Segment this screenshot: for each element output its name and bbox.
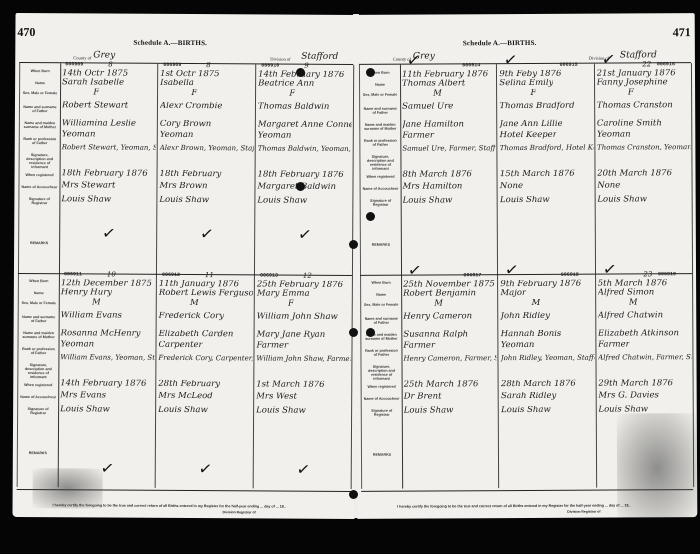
field-name: Mary Emma bbox=[257, 289, 310, 298]
register-entry: 0069111012th December 1875Henry HuryMWil… bbox=[57, 273, 156, 484]
schedule-title: Schedule A.—BIRTHS. bbox=[463, 39, 537, 47]
field-name: Beatrice Ann bbox=[258, 79, 314, 88]
entry-number: 22 bbox=[642, 60, 651, 68]
field-informant: Thomas Baldwin, Yeoman, Stafford bbox=[258, 144, 352, 154]
field-name: Isabella bbox=[160, 79, 194, 88]
registrar-signature-line: Division Registrar of bbox=[567, 510, 600, 514]
field-registrar: Louis Shaw bbox=[257, 196, 307, 205]
field-father-rank: Farmer bbox=[256, 341, 288, 350]
entry-number: 8 bbox=[108, 61, 113, 69]
field-name: Selina Emily bbox=[499, 79, 553, 88]
field-name: Robert Benjamin bbox=[403, 289, 476, 298]
row-label: REMARKS bbox=[21, 241, 57, 245]
row-label: Name and surname of Father bbox=[362, 107, 398, 115]
field-sex: M bbox=[92, 298, 101, 307]
binding-hole bbox=[349, 490, 358, 499]
page-number: 471 bbox=[673, 25, 691, 40]
field-registrar: Louis Shaw bbox=[159, 196, 209, 205]
field-accoucheur: Mrs G. Davies bbox=[598, 391, 659, 400]
register-entry: 00691411th February 1876Thomas AlbertMSa… bbox=[399, 64, 497, 275]
register-entry: 0069159th Feby 1876Selina EmilyFThomas B… bbox=[496, 64, 594, 275]
field-accoucheur: Mrs Stewart bbox=[61, 181, 115, 190]
field-registered: 18th February 1876 bbox=[258, 170, 344, 180]
row-label: When Born bbox=[21, 279, 57, 283]
checkmark-icon: ✓ bbox=[601, 259, 617, 280]
field-sex: M bbox=[433, 89, 442, 98]
field-mother: Hannah Bonis bbox=[501, 330, 562, 339]
row-label: REMARKS bbox=[363, 243, 399, 247]
county-label: County of bbox=[73, 55, 91, 60]
field-when-born: 25th November 1875 bbox=[403, 280, 495, 289]
row-label: Sex, Male or Female bbox=[363, 303, 399, 307]
row-label: Name and surname of Father bbox=[22, 105, 58, 113]
entry-serial-number: 006911 bbox=[64, 271, 82, 277]
register-entry: 0069121111th January 1876Robert Lewis Fe… bbox=[155, 274, 254, 485]
field-father: Frederick Cory bbox=[159, 312, 224, 321]
field-registered: 28th February bbox=[158, 380, 220, 389]
field-sex: F bbox=[93, 88, 99, 97]
field-registered: 18th February bbox=[160, 170, 222, 179]
register-entry: 00690981st Octr 1875IsabellaFAlexr Cromb… bbox=[156, 64, 255, 275]
binding-hole bbox=[349, 328, 358, 337]
row-label: REMARKS bbox=[364, 453, 400, 457]
field-mother: Williamina Leslie bbox=[62, 119, 136, 128]
row-label: Name of Accoucheur bbox=[364, 397, 400, 401]
field-when-born: 5th March 1876 bbox=[598, 279, 667, 288]
entry-number: 12 bbox=[303, 272, 312, 280]
field-father-rank: Hotel Keeper bbox=[500, 131, 557, 140]
field-father: Thomas Cranston bbox=[597, 101, 673, 110]
entry-serial-number: 006917 bbox=[463, 272, 481, 278]
row-label: REMARKS bbox=[20, 451, 56, 455]
field-father: Samuel Ure bbox=[402, 102, 453, 111]
field-registrar: Louis Shaw bbox=[598, 405, 648, 414]
row-label: Name and surname of Father bbox=[363, 317, 399, 325]
field-accoucheur: Mrs Evans bbox=[60, 391, 106, 400]
binding-hole bbox=[296, 68, 305, 77]
row-label: Name and maiden surname of Mother bbox=[362, 123, 398, 131]
field-registered: 18th February 1876 bbox=[62, 169, 148, 179]
field-informant: Thomas Cranston, Yeoman, Stafford bbox=[597, 143, 690, 152]
field-father: Thomas Bradford bbox=[499, 102, 574, 111]
field-when-born: 9th February 1876 bbox=[500, 280, 581, 289]
row-label: Name of Accoucheur bbox=[21, 185, 57, 189]
field-father: Alexr Crombie bbox=[160, 102, 222, 111]
field-registrar: Louis Shaw bbox=[500, 196, 550, 205]
checkmark-icon: ✓ bbox=[406, 50, 422, 71]
field-sex: M bbox=[190, 299, 199, 308]
field-accoucheur: Mrs Hamilton bbox=[403, 182, 463, 191]
field-when-born: 21st January 1876 bbox=[597, 69, 676, 78]
registrar-signature-line: Division Registrar of bbox=[222, 510, 255, 514]
row-label: Signature, description and residence of … bbox=[22, 153, 58, 169]
field-informant: John Ridley, Yeoman, Stafford bbox=[501, 354, 594, 363]
certification-text: I hereby certify the foregoing to be the… bbox=[397, 503, 687, 509]
field-sex: F bbox=[530, 89, 536, 98]
field-name: Robert Lewis Ferguson bbox=[159, 289, 253, 299]
field-registrar: Louis Shaw bbox=[404, 406, 454, 415]
checkmark-icon: ✓ bbox=[407, 260, 423, 281]
field-father: Thomas Baldwin bbox=[258, 102, 329, 111]
field-informant: Robert Stewart, Yeoman, Stafford bbox=[62, 143, 156, 153]
entry-number: 23 bbox=[643, 270, 652, 278]
row-label: Signature, description and residence of … bbox=[362, 155, 398, 171]
division-label: Division of bbox=[270, 57, 290, 62]
field-when-born: 14th Octr 1875 bbox=[62, 69, 128, 78]
field-registered: 14th February 1876 bbox=[60, 379, 146, 389]
field-mother: Mary Jane Ryan bbox=[257, 330, 326, 339]
entry-number: 10 bbox=[107, 271, 116, 279]
row-label: When registered bbox=[364, 385, 400, 389]
binding-hole bbox=[366, 212, 375, 221]
entry-number: 8 bbox=[206, 61, 211, 69]
row-label: Name bbox=[22, 81, 58, 85]
field-accoucheur: Mrs McLeod bbox=[158, 392, 213, 401]
row-label: Rank or profession of Father bbox=[362, 139, 398, 147]
row-label: Rank or profession of Father bbox=[20, 347, 56, 355]
register-entry: 00691725th November 1875Robert BenjaminM… bbox=[400, 274, 498, 485]
row-label: When registered bbox=[22, 173, 58, 177]
row-label: Name bbox=[362, 83, 398, 87]
entry-serial-number: 006909 bbox=[163, 62, 181, 68]
field-mother: Margaret Anne Connell bbox=[258, 120, 352, 130]
certification-text: I hereby certify the foregoing to be the… bbox=[53, 503, 345, 509]
register-entry: 0069189th February 1876MajorMJohn Ridley… bbox=[497, 274, 595, 485]
field-registrar: Louis Shaw bbox=[60, 405, 110, 414]
entry-serial-number: 006919 bbox=[658, 271, 676, 277]
binding-hole bbox=[349, 240, 358, 249]
row-label: When Born bbox=[22, 69, 58, 73]
right-page: 471 Schedule A.—BIRTHS. County of Grey D… bbox=[355, 13, 698, 519]
field-informant: Alexr Brown, Yeoman, Stafford bbox=[160, 144, 254, 154]
field-name: Sarah Isabelle bbox=[62, 78, 124, 87]
left-page: 470 Schedule A.—BIRTHS. County of Grey D… bbox=[12, 13, 357, 519]
entry-serial-number: 006915 bbox=[560, 62, 578, 68]
field-informant: Alfred Chatwin, Farmer, Stafford bbox=[598, 353, 691, 362]
row-label: Name bbox=[21, 291, 57, 295]
field-father-rank: Yeoman bbox=[160, 131, 194, 140]
field-registrar: Louis Shaw bbox=[597, 195, 647, 204]
schedule-title: Schedule A.—BIRTHS. bbox=[133, 39, 207, 47]
field-father: William John Shaw bbox=[257, 312, 338, 321]
field-when-born: 1st Octr 1875 bbox=[160, 70, 219, 79]
entry-serial-number: 006918 bbox=[561, 272, 579, 278]
row-label: Name of Accoucheur bbox=[363, 187, 399, 191]
field-informant: Thomas Bradford, Hotel Keeper, Stafford bbox=[500, 144, 593, 153]
checkmark-icon: ✓ bbox=[198, 458, 214, 479]
field-registrar: Louis Shaw bbox=[403, 196, 453, 205]
register-grid: When BornNameSex, Male or FemaleName and… bbox=[17, 63, 354, 489]
field-name: Thomas Albert bbox=[402, 79, 465, 88]
field-name: Alfred Simon bbox=[598, 288, 654, 297]
field-informant: Frederick Cory, Carpenter, Stafford bbox=[158, 354, 252, 364]
field-registered: 15th March 1876 bbox=[500, 170, 575, 179]
field-sex: M bbox=[532, 299, 541, 308]
field-sex: F bbox=[289, 90, 295, 99]
register-entry: 006910914th February 1876Beatrice AnnFTh… bbox=[254, 64, 353, 275]
checkmark-icon: ✓ bbox=[297, 224, 313, 245]
field-registered: 8th March 1876 bbox=[402, 170, 471, 179]
field-accoucheur: Mrs Brown bbox=[159, 182, 207, 191]
field-accoucheur: None bbox=[597, 182, 620, 191]
county-value: Grey bbox=[93, 50, 115, 60]
checkmark-icon: ✓ bbox=[600, 49, 616, 70]
row-label: Sex, Male or Female bbox=[362, 93, 398, 97]
register-entry: 0069131225th February 1876Mary EmmaFWill… bbox=[253, 274, 352, 485]
field-accoucheur: Dr Brent bbox=[404, 392, 442, 401]
field-mother: Caroline Smith bbox=[597, 119, 662, 128]
entry-serial-number: 006909 bbox=[65, 61, 83, 67]
row-label: Signature of Registrar bbox=[363, 199, 399, 207]
row-label: Rank or profession of Father bbox=[22, 137, 58, 145]
row-label: When registered bbox=[363, 175, 399, 179]
field-father-rank: Carpenter bbox=[158, 341, 202, 350]
field-registrar: Louis Shaw bbox=[158, 406, 208, 415]
row-label: Rank or profession of Father bbox=[363, 349, 399, 357]
field-when-born: 9th Feby 1876 bbox=[499, 70, 561, 79]
row-label: Signature of Registrar bbox=[20, 407, 56, 415]
row-label: Signature, description and residence of … bbox=[364, 365, 400, 381]
division-value: Stafford bbox=[620, 50, 657, 60]
entry-serial-number: 006912 bbox=[162, 272, 180, 278]
page-number: 470 bbox=[17, 25, 35, 40]
entry-serial-number: 006916 bbox=[657, 61, 675, 67]
entry-serial-number: 006910 bbox=[261, 62, 279, 68]
field-mother: Jane Hamilton bbox=[402, 120, 464, 129]
entry-serial-number: 006914 bbox=[462, 62, 480, 68]
row-label: Name of Accoucheur bbox=[20, 395, 56, 399]
division-value: Stafford bbox=[301, 52, 338, 62]
row-label: When registered bbox=[20, 383, 56, 387]
field-father: William Evans bbox=[61, 311, 122, 320]
field-mother: Elizabeth Atkinson bbox=[598, 329, 679, 338]
row-labels-column: When BornNameSex, Male or FemaleName and… bbox=[17, 63, 62, 487]
row-label: Name and surname of Father bbox=[21, 315, 57, 323]
field-father: John Ridley bbox=[501, 312, 550, 321]
entry-serial-number: 006913 bbox=[260, 272, 278, 278]
row-label: Signature of Registrar bbox=[364, 409, 400, 417]
field-sex: F bbox=[191, 89, 197, 98]
field-accoucheur: Mrs West bbox=[256, 392, 297, 401]
field-mother: Elizabeth Carden bbox=[159, 330, 234, 339]
field-father-rank: Yeoman bbox=[597, 130, 631, 139]
field-when-born: 11th January 1876 bbox=[159, 280, 239, 289]
field-father: Alfred Chatwin bbox=[598, 311, 663, 320]
field-registered: 1st March 1876 bbox=[256, 380, 324, 389]
checkmark-icon: ✓ bbox=[199, 223, 215, 244]
entry-number: 9 bbox=[304, 62, 309, 70]
field-accoucheur: None bbox=[500, 182, 523, 191]
field-sex: M bbox=[629, 298, 638, 307]
field-father: Henry Cameron bbox=[403, 312, 472, 321]
field-father-rank: Farmer bbox=[403, 341, 435, 350]
entry-number: 11 bbox=[205, 271, 214, 279]
row-label: Name bbox=[363, 293, 399, 297]
field-father: Robert Stewart bbox=[62, 101, 128, 110]
row-label: Name and maiden surname of Mother bbox=[22, 121, 58, 129]
field-father-rank: Farmer bbox=[598, 340, 630, 349]
row-label: Sex, Male or Female bbox=[21, 301, 57, 305]
field-father-rank: Yeoman bbox=[62, 130, 96, 139]
block-divider bbox=[17, 489, 351, 492]
field-father-rank: Yeoman bbox=[501, 341, 535, 350]
field-name: Henry Hury bbox=[61, 288, 112, 297]
register-entry: 006919235th March 1876Alfred SimonMAlfre… bbox=[595, 273, 693, 484]
register-grid: When BornNameSex, Male or FemaleName and… bbox=[359, 63, 693, 489]
field-father-rank: Farmer bbox=[402, 131, 434, 140]
field-sex: F bbox=[628, 88, 634, 97]
row-label: Signature, description and residence of … bbox=[20, 363, 56, 379]
register-entry: 006909814th Octr 1875Sarah IsabelleFRobe… bbox=[58, 63, 157, 274]
field-informant: Samuel Ure, Farmer, Stafford bbox=[402, 144, 495, 153]
checkmark-icon: ✓ bbox=[100, 458, 116, 479]
register-entry: 0069162221st January 1876Fanny Josephine… bbox=[594, 63, 692, 274]
field-father-rank: Yeoman bbox=[60, 340, 94, 349]
field-informant: Henry Cameron, Farmer, Stafford bbox=[403, 354, 496, 363]
field-registrar: Louis Shaw bbox=[501, 406, 551, 415]
row-label: Signature of Registrar bbox=[21, 197, 57, 205]
row-label: Sex, Male or Female bbox=[22, 91, 58, 95]
field-mother: Jane Ann Lillie bbox=[500, 120, 563, 129]
row-labels-column: When BornNameSex, Male or FemaleName and… bbox=[359, 65, 403, 489]
binding-hole bbox=[366, 68, 375, 77]
field-sex: F bbox=[288, 300, 294, 309]
checkmark-icon: ✓ bbox=[296, 459, 312, 480]
field-when-born: 11th February 1876 bbox=[402, 70, 488, 79]
binding-hole bbox=[366, 328, 375, 337]
checkmark-icon: ✓ bbox=[101, 223, 117, 244]
field-name: Fanny Josephine bbox=[597, 78, 668, 87]
field-registered: 29th March 1876 bbox=[598, 379, 673, 388]
field-registrar: Louis Shaw bbox=[61, 195, 111, 204]
field-name: Major bbox=[500, 289, 526, 298]
checkmark-icon: ✓ bbox=[503, 49, 519, 70]
checkmark-icon: ✓ bbox=[504, 259, 520, 280]
row-label: When Born bbox=[363, 281, 399, 285]
field-accoucheur: Sarah Ridley bbox=[501, 392, 556, 401]
field-father-rank: Yeoman bbox=[258, 131, 292, 140]
binding-hole bbox=[296, 182, 305, 191]
field-sex: M bbox=[434, 299, 443, 308]
field-informant: William John Shaw, Farmer, Stafford bbox=[256, 354, 350, 364]
field-registered: 28th March 1876 bbox=[501, 380, 576, 389]
field-registered: 20th March 1876 bbox=[597, 169, 672, 178]
field-mother: Rosanna McHenry bbox=[61, 329, 141, 338]
field-registered: 25th March 1876 bbox=[404, 380, 479, 389]
block-divider bbox=[361, 489, 693, 492]
field-mother: Susanna Ralph bbox=[403, 330, 468, 339]
field-mother: Cory Brown bbox=[160, 120, 211, 129]
field-informant: William Evans, Yeoman, Stafford bbox=[60, 353, 154, 363]
row-label: Name and maiden surname of Mother bbox=[21, 331, 57, 339]
field-registrar: Louis Shaw bbox=[256, 406, 306, 415]
